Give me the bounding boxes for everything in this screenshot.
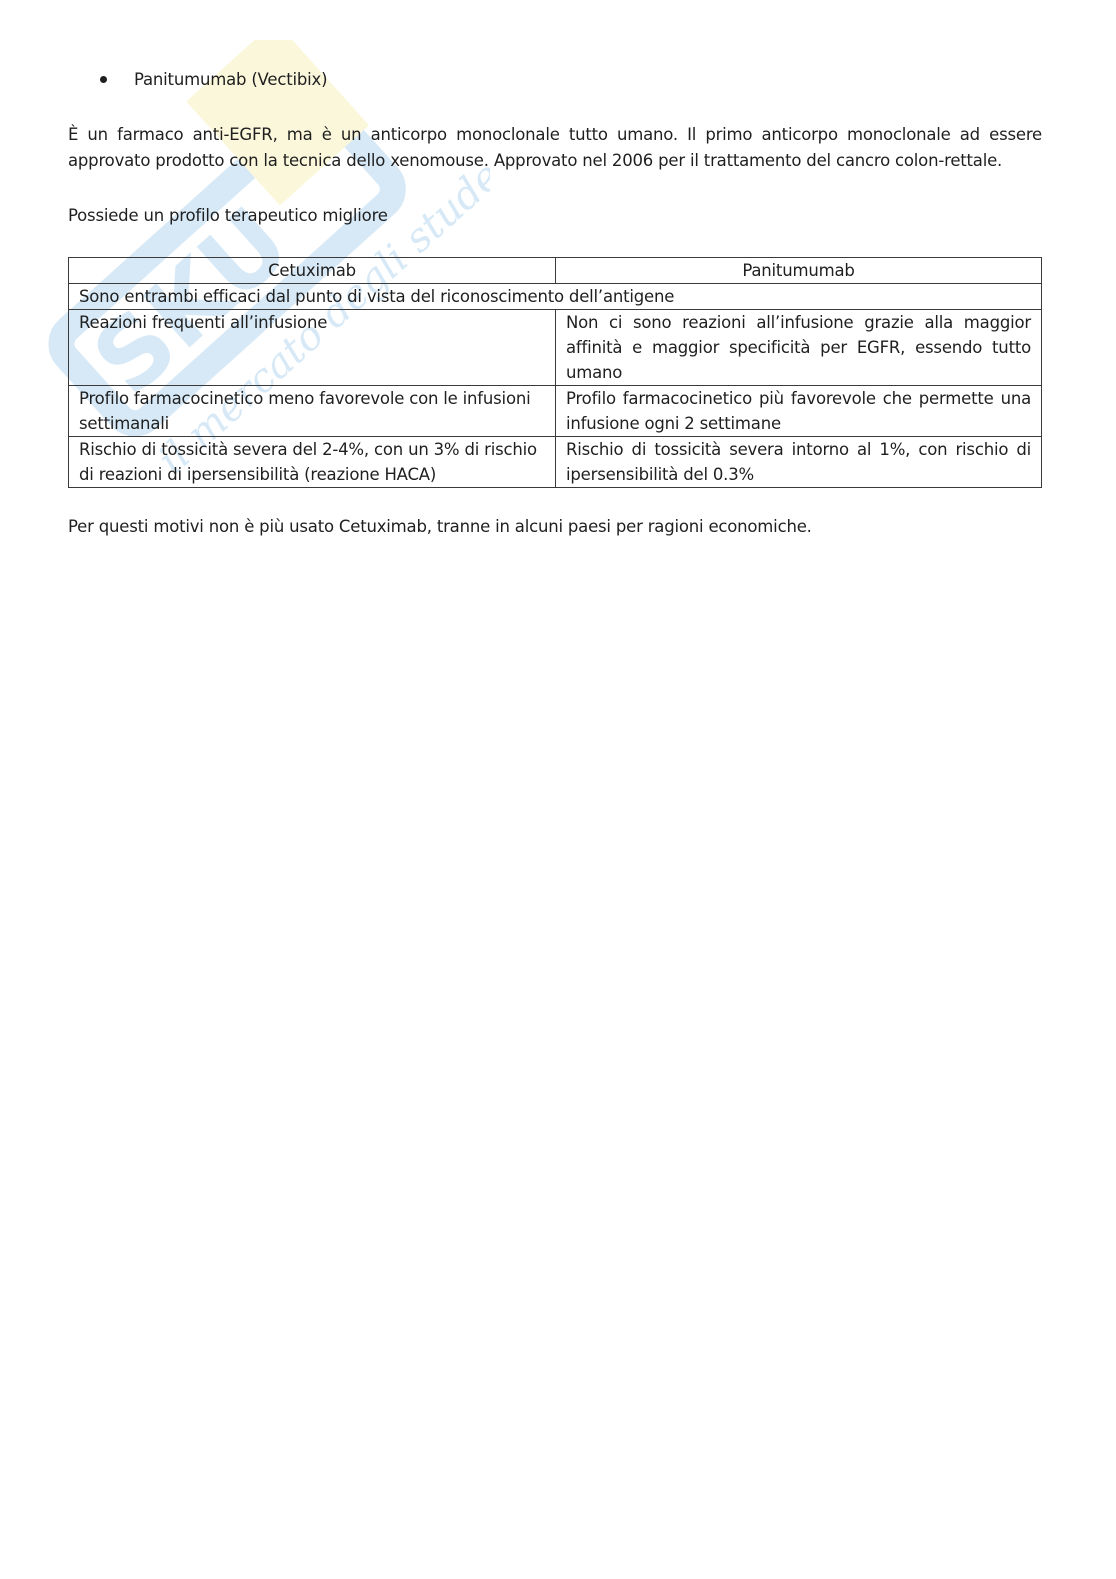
- intro-paragraph: È un farmaco anti-EGFR, ma è un anticorp…: [68, 122, 1042, 174]
- bullet-item: Panitumumab (Vectibix): [100, 70, 327, 89]
- table-row: Rischio di tossicità severa del 2-4%, co…: [69, 437, 1042, 488]
- header-cetuximab: Cetuximab: [69, 258, 556, 284]
- panitumumab-cell: Profilo farmacocinetico più favorevole c…: [556, 386, 1042, 437]
- cetuximab-cell: Reazioni frequenti all’infusione: [69, 310, 556, 386]
- cetuximab-cell: Rischio di tossicità severa del 2-4%, co…: [69, 437, 556, 488]
- document-page: SKU il mercato degli studenti Panitumuma…: [0, 0, 1116, 1579]
- profile-paragraph: Possiede un profilo terapeutico migliore: [68, 203, 1042, 229]
- shared-cell: Sono entrambi efficaci dal punto di vist…: [69, 284, 1042, 310]
- cetuximab-cell: Profilo farmacocinetico meno favorevole …: [69, 386, 556, 437]
- comparison-table: Cetuximab Panitumumab Sono entrambi effi…: [68, 257, 1042, 488]
- bullet-icon: [100, 76, 107, 83]
- header-panitumumab: Panitumumab: [556, 258, 1042, 284]
- conclusion-paragraph: Per questi motivi non è più usato Cetuxi…: [68, 514, 1042, 540]
- table-row-shared: Sono entrambi efficaci dal punto di vist…: [69, 284, 1042, 310]
- table-row: Profilo farmacocinetico meno favorevole …: [69, 386, 1042, 437]
- table-header-row: Cetuximab Panitumumab: [69, 258, 1042, 284]
- panitumumab-cell: Non ci sono reazioni all’infusione grazi…: [556, 310, 1042, 386]
- panitumumab-cell: Rischio di tossicità severa intorno al 1…: [556, 437, 1042, 488]
- table-row: Reazioni frequenti all’infusione Non ci …: [69, 310, 1042, 386]
- bullet-text: Panitumumab (Vectibix): [134, 70, 327, 89]
